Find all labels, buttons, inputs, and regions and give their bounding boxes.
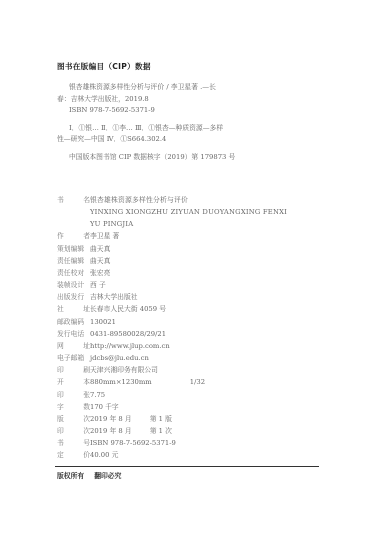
book-title-pinyin-1: YINXING XIONGZHU ZIYUAN DUOYANGXING FENX… [90, 206, 327, 218]
label-char: 网 [57, 340, 64, 352]
printer-value: 天津兴湘印务有限公司 [90, 364, 327, 376]
format-value: 880mm×1230mm1/32 [90, 376, 327, 388]
cip-title-line: 银杏雄株资源多样性分析与评价 / 李卫星著 .—长 [57, 82, 317, 94]
format-fold: 1/32 [190, 376, 205, 388]
cip-heading: 图书在版编目（CIP）数据 [57, 61, 151, 72]
colophon-row-proofreader: 责任校对 张宏亮 [57, 267, 327, 279]
proofreader-value: 张宏亮 [90, 267, 327, 279]
copyright-notice: 版权所有翻印必究 [57, 470, 121, 480]
label: 书名 [57, 194, 90, 206]
label-char: 号 [83, 437, 90, 449]
colophon-row-planning-editor: 策划编辑 曲天真 [57, 243, 327, 255]
book-title-pinyin-2: YU PINGJIA [90, 218, 327, 230]
colophon-row-price: 定价 40.00 元 [57, 449, 327, 461]
colophon-row-postcode: 邮政编码 130021 [57, 316, 327, 328]
impression-value: 2019 年 8 月第 1 次 [90, 425, 327, 437]
responsible-editor-value: 曲天真 [90, 255, 327, 267]
colophon-table: 书名 银杏雄株资源多样性分析与评价 YINXING XIONGZHU ZIYUA… [57, 194, 327, 461]
label: 出版发行 [57, 291, 90, 303]
colophon-row-responsible-editor: 责任编辑 曲天真 [57, 255, 327, 267]
colophon-row-design: 装帧设计 西 子 [57, 279, 327, 291]
label-char: 开 [57, 376, 64, 388]
address-value: 长春市人民大街 4059 号 [90, 303, 327, 315]
label: 印刷 [57, 364, 90, 376]
cip-isbn: ISBN 978-7-5692-5371-9 [57, 105, 317, 117]
colophon-row-address: 社址 长春市人民大街 4059 号 [57, 303, 327, 315]
phone-value: 0431-89580028/29/21 [90, 328, 327, 340]
label-char: 印 [57, 389, 64, 401]
label-char: 印 [57, 364, 64, 376]
author-value: 李卫星 著 [90, 230, 327, 242]
colophon-row-title: 书名 银杏雄株资源多样性分析与评价 YINXING XIONGZHU ZIYUA… [57, 194, 327, 230]
edition-date: 2019 年 8 月 [90, 415, 132, 423]
label: 印张 [57, 389, 90, 401]
label-char: 数 [83, 401, 90, 413]
label-char: 定 [57, 449, 64, 461]
design-value: 西 子 [90, 279, 327, 291]
label-char: 本 [83, 376, 90, 388]
label: 定价 [57, 449, 90, 461]
label: 开本 [57, 376, 90, 388]
website-link[interactable]: http://www.jlup.com.cn [90, 340, 327, 352]
label-char: 价 [83, 449, 90, 461]
cip-record: 银杏雄株资源多样性分析与评价 / 李卫星著 .—长 春：吉林大学出版社，2019… [57, 82, 317, 163]
label-char: 者 [83, 230, 90, 242]
label-char: 社 [57, 303, 64, 315]
label-char: 版 [57, 413, 64, 425]
impression-date: 2019 年 8 月 [90, 427, 132, 435]
cip-classification-line1: Ⅰ．①银… Ⅱ．①李… Ⅲ．①银杏—种质资源—多样 [57, 123, 317, 135]
colophon-row-publisher: 出版发行 吉林大学出版社 [57, 291, 327, 303]
postcode-value: 130021 [90, 316, 327, 328]
label: 装帧设计 [57, 279, 90, 291]
label: 作者 [57, 230, 90, 242]
label: 策划编辑 [57, 243, 90, 255]
colophon-row-impression: 印次 2019 年 8 月第 1 次 [57, 425, 327, 437]
colophon-row-email: 电子邮箱 jdcbs@jlu.edu.cn [57, 352, 327, 364]
edition-value: 2019 年 8 月第 1 版 [90, 413, 327, 425]
label: 印次 [57, 425, 90, 437]
email-link[interactable]: jdcbs@jlu.edu.cn [90, 352, 327, 364]
colophon-row-format: 开本 880mm×1230mm1/32 [57, 376, 327, 388]
copyright-page: 图书在版编目（CIP）数据 银杏雄株资源多样性分析与评价 / 李卫星著 .—长 … [0, 0, 375, 536]
format-size: 880mm×1230mm [90, 378, 152, 386]
rights-reserved: 版权所有 [57, 472, 84, 480]
label-char: 名 [83, 194, 90, 206]
price-value: 40.00 元 [90, 449, 327, 461]
label: 发行电话 [57, 328, 90, 340]
sheets-value: 7.75 [90, 389, 327, 401]
label: 网址 [57, 340, 90, 352]
piracy-warning: 翻印必究 [94, 472, 121, 480]
cip-number: 中国版本图书馆 CIP 数据核字（2019）第 179873 号 [57, 152, 317, 164]
colophon-row-phone: 发行电话 0431-89580028/29/21 [57, 328, 327, 340]
value: 银杏雄株资源多样性分析与评价 YINXING XIONGZHU ZIYUAN D… [90, 194, 327, 230]
isbn-value: ISBN 978-7-5692-5371-9 [90, 437, 327, 449]
label: 社址 [57, 303, 90, 315]
horizontal-divider [55, 466, 319, 467]
colophon-row-printer: 印刷 天津兴湘印务有限公司 [57, 364, 327, 376]
label: 责任编辑 [57, 255, 90, 267]
label-char: 张 [83, 389, 90, 401]
colophon-row-edition: 版次 2019 年 8 月第 1 版 [57, 413, 327, 425]
label-char: 次 [83, 425, 90, 437]
colophon-row-word-count: 字数 170 千字 [57, 401, 327, 413]
label-char: 书 [57, 194, 64, 206]
label-char: 印 [57, 425, 64, 437]
label: 电子邮箱 [57, 352, 90, 364]
colophon-row-sheets: 印张 7.75 [57, 389, 327, 401]
impression-number: 第 1 次 [150, 425, 172, 437]
label-char: 址 [83, 340, 90, 352]
word-count-value: 170 千字 [90, 401, 327, 413]
label: 邮政编码 [57, 316, 90, 328]
label: 版次 [57, 413, 90, 425]
label: 书号 [57, 437, 90, 449]
cip-publisher-line: 春：吉林大学出版社，2019.8 [57, 94, 317, 106]
colophon-row-author: 作者 李卫星 著 [57, 230, 327, 242]
edition-number: 第 1 版 [150, 413, 172, 425]
label-char: 书 [57, 437, 64, 449]
label-char: 刷 [83, 364, 90, 376]
label-char: 址 [83, 303, 90, 315]
planning-editor-value: 曲天真 [90, 243, 327, 255]
label-char: 次 [83, 413, 90, 425]
label-char: 字 [57, 401, 64, 413]
colophon-row-isbn: 书号 ISBN 978-7-5692-5371-9 [57, 437, 327, 449]
label: 责任校对 [57, 267, 90, 279]
book-title: 银杏雄株资源多样性分析与评价 [90, 194, 327, 206]
colophon-row-website: 网址 http://www.jlup.com.cn [57, 340, 327, 352]
cip-classification-line2: 性—研究—中国 Ⅳ．①S664.302.4 [57, 134, 317, 146]
publisher-value: 吉林大学出版社 [90, 291, 327, 303]
label-char: 作 [57, 230, 64, 242]
label: 字数 [57, 401, 90, 413]
